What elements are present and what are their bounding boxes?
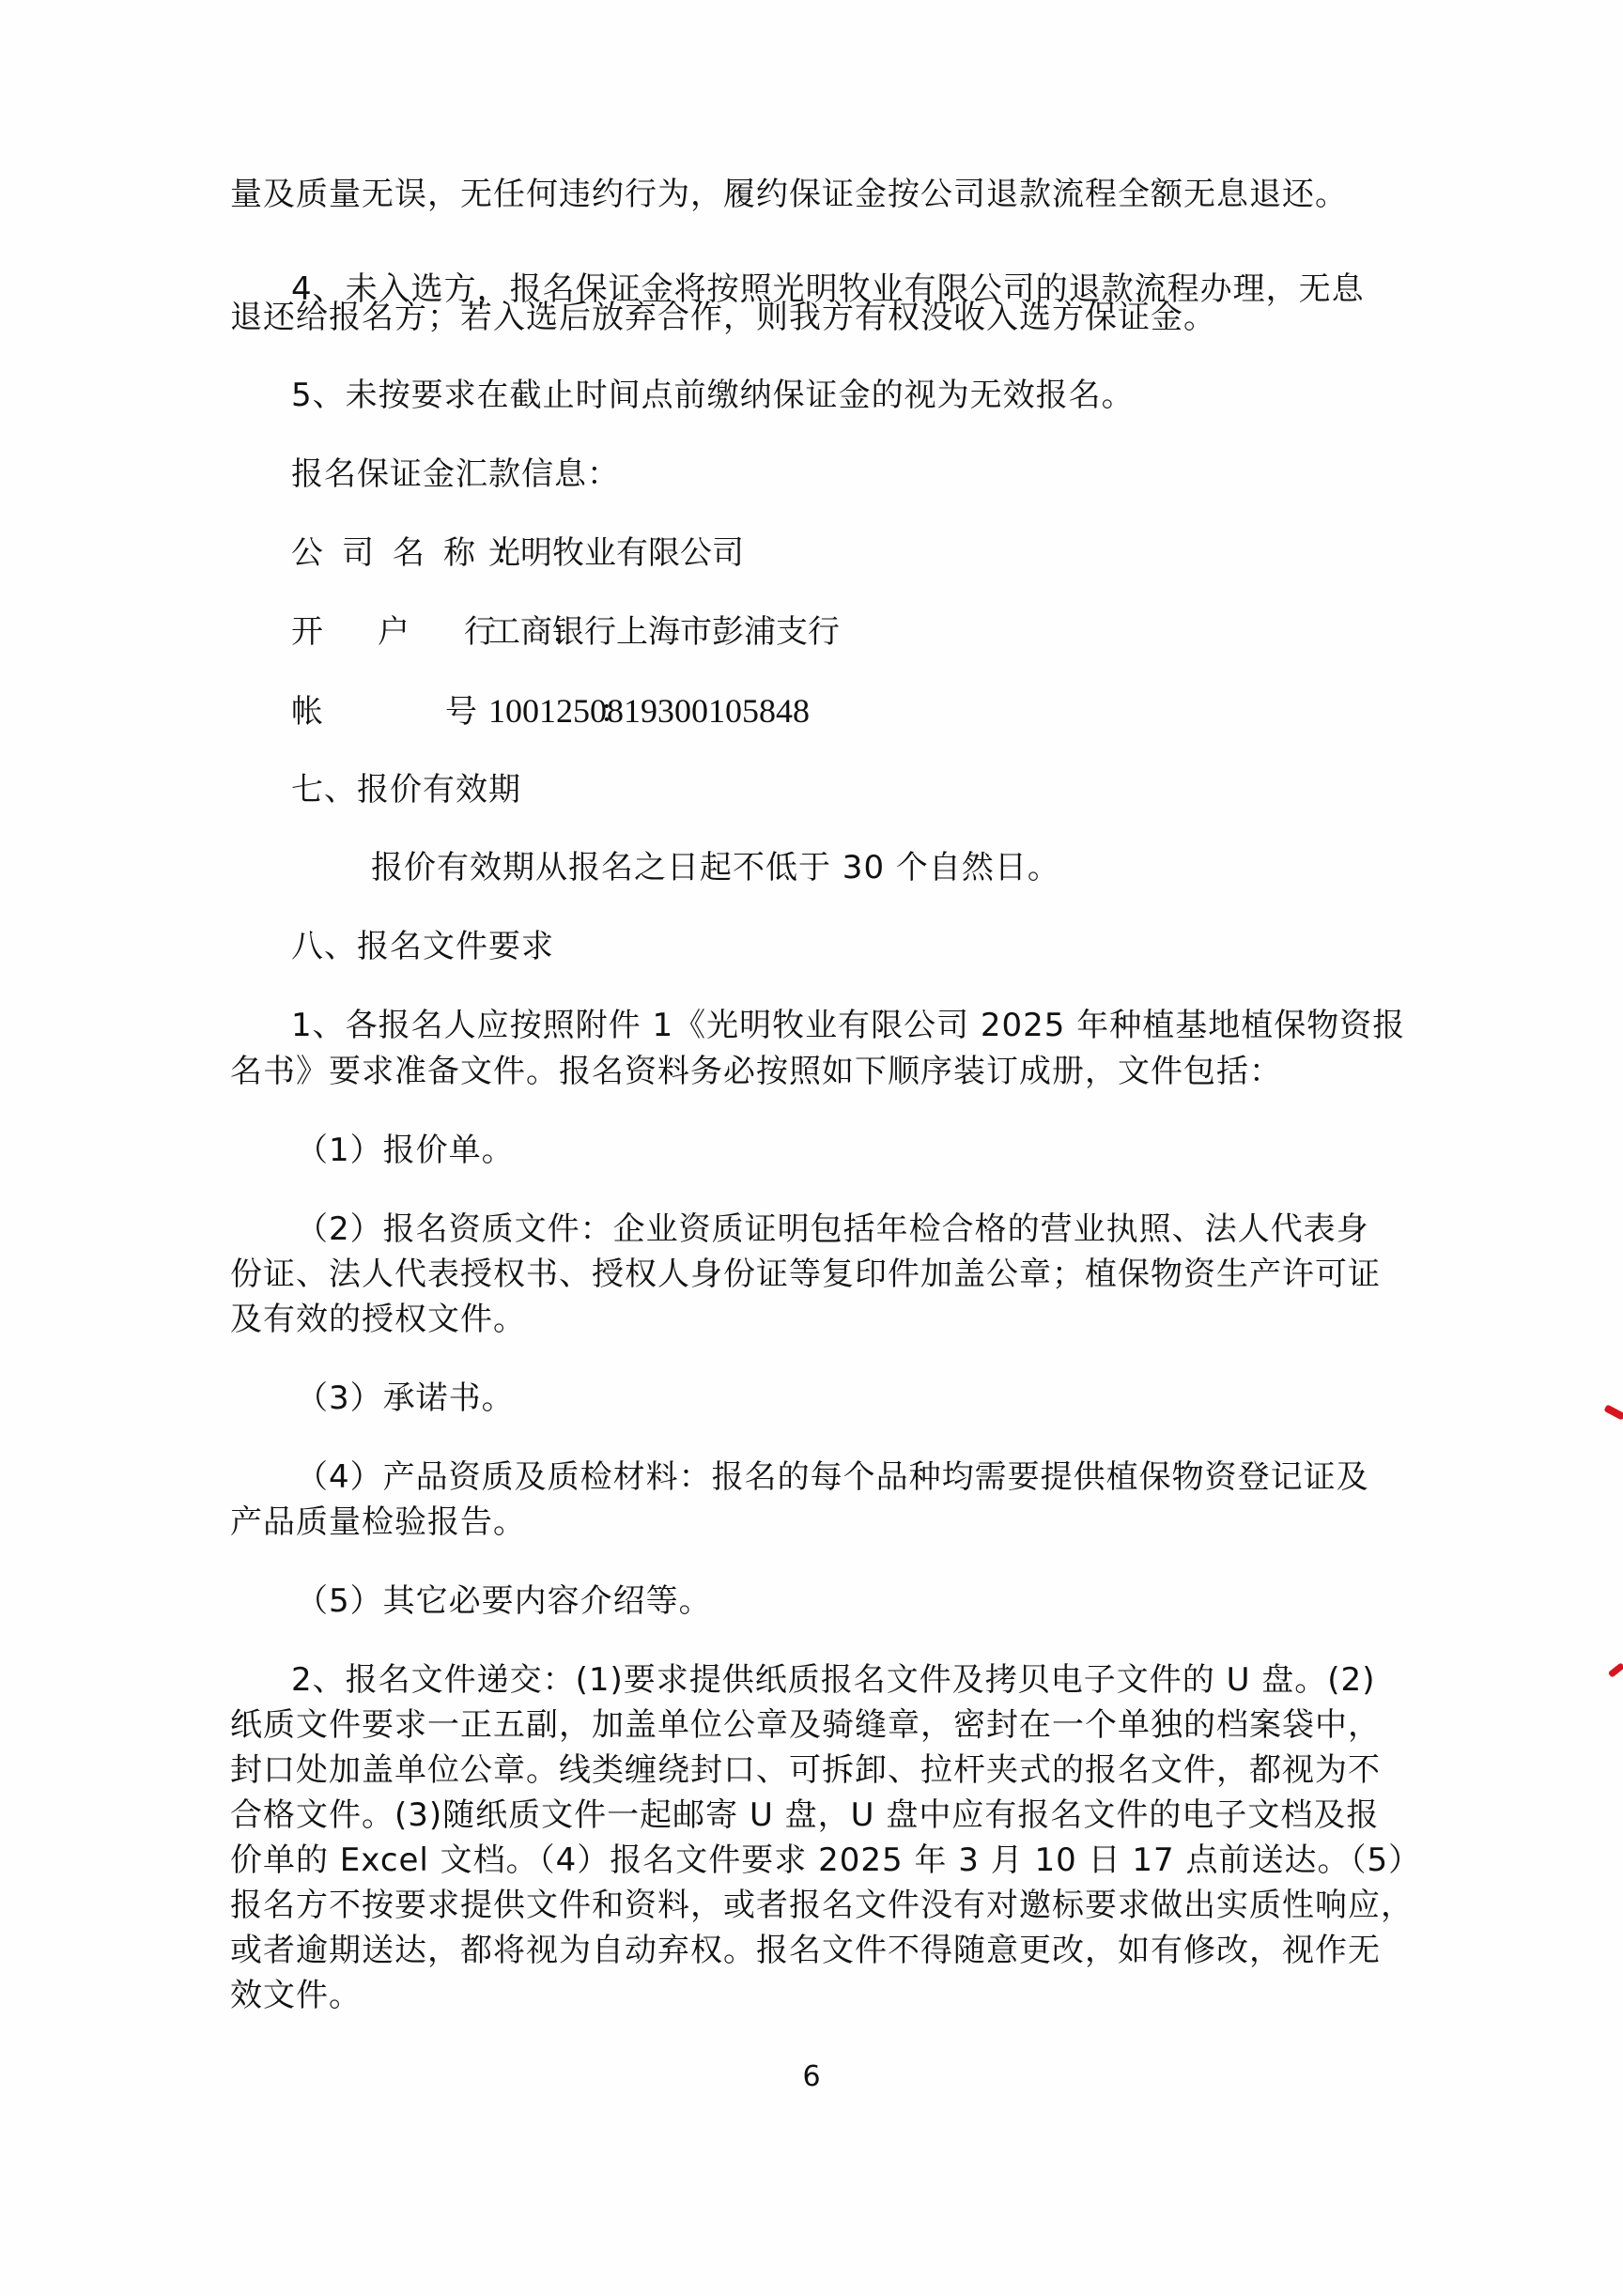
paragraph-line: 报名方不按要求提供文件和资料，或者报名文件没有对邀标要求做出实质性响应， [230,1884,1385,1927]
remittance-value: 1001250819300105848 [488,689,810,732]
paragraph-line: 量及质量无误，无任何违约行为，履约保证金按公司退款流程全额无息退还。 [230,173,1385,216]
remittance-label: 开户行： [291,610,488,654]
list-item: （5）其它必要内容介绍等。 [296,1579,1451,1623]
list-item-line: 份证、法人代表授权书、授权人身份证等复印件加盖公章；植保物资生产许可证 [230,1253,1385,1296]
page-number: 6 [0,2058,1623,2096]
seal-fragment-icon [1603,1404,1623,1420]
paragraph-line: 封口处加盖单位公章。线类缠绕封口、可拆卸、拉杆夹式的报名文件，都视为不 [230,1749,1385,1792]
paragraph-line: 5、未按要求在截止时间点前缴纳保证金的视为无效报名。 [291,374,1446,417]
paragraph-line: 退还给报名方；若入选后放弃合作，则我方有权没收入选方保证金。 [230,296,1385,339]
remittance-account-row: 帐号：1001250819300105848 [291,689,810,733]
paragraph-line: 合格文件。(3)随纸质文件一起邮寄 U 盘，U 盘中应有报名文件的电子文档及报 [230,1794,1385,1837]
section-8-heading: 八、报名文件要求 [291,925,1446,968]
list-item-line: 及有效的授权文件。 [230,1298,1385,1341]
remittance-bank-row: 开户行：工商银行上海市彭浦支行 [291,610,840,654]
section-7-heading: 七、报价有效期 [291,768,1446,811]
seal-fragment-icon [1608,1662,1623,1678]
paragraph-line: 效文件。 [230,1974,1385,2017]
remittance-label: 公司名称： [291,532,488,575]
paragraph-line: 2、报名文件递交：(1)要求提供纸质报名文件及拷贝电子文件的 U 盘。(2) [291,1658,1446,1702]
paragraph-line: 名书》要求准备文件。报名资料务必按照如下顺序装订成册，文件包括： [230,1050,1385,1093]
document-page: 量及质量无误，无任何违约行为，履约保证金按公司退款流程全额无息退还。 4、未入选… [0,0,1623,2296]
remittance-value: 工商银行上海市彭浦支行 [488,610,840,654]
list-item: （4）产品资质及质检材料：报名的每个品种均需要提供植保物资登记证及 [296,1456,1451,1499]
remittance-value: 光明牧业有限公司 [488,532,744,575]
list-item: （2）报名资质文件：企业资质证明包括年检合格的营业执照、法人代表身 [296,1208,1451,1251]
remittance-title: 报名保证金汇款信息： [291,453,1446,496]
paragraph-line: 或者逾期送达，都将视为自动弃权。报名文件不得随意更改，如有修改，视作无 [230,1929,1385,1972]
remittance-company-row: 公司名称：光明牧业有限公司 [291,532,744,575]
remittance-label: 帐号： [291,690,488,733]
paragraph-line: 1、各报名人应按照附件 1《光明牧业有限公司 2025 年种植基地植保物资报 [291,1004,1446,1047]
list-item: （3）承诺书。 [296,1377,1451,1420]
list-item-line: 产品质量检验报告。 [230,1501,1385,1544]
paragraph-line: 价单的 Excel 文档。（4）报名文件要求 2025 年 3 月 10 日 1… [230,1839,1385,1882]
list-item: （1）报价单。 [296,1129,1451,1172]
paragraph-line: 纸质文件要求一正五副，加盖单位公章及骑缝章，密封在一个单独的档案袋中， [230,1703,1385,1747]
section-7-body: 报价有效期从报名之日起不低于 30 个自然日。 [371,846,1526,889]
